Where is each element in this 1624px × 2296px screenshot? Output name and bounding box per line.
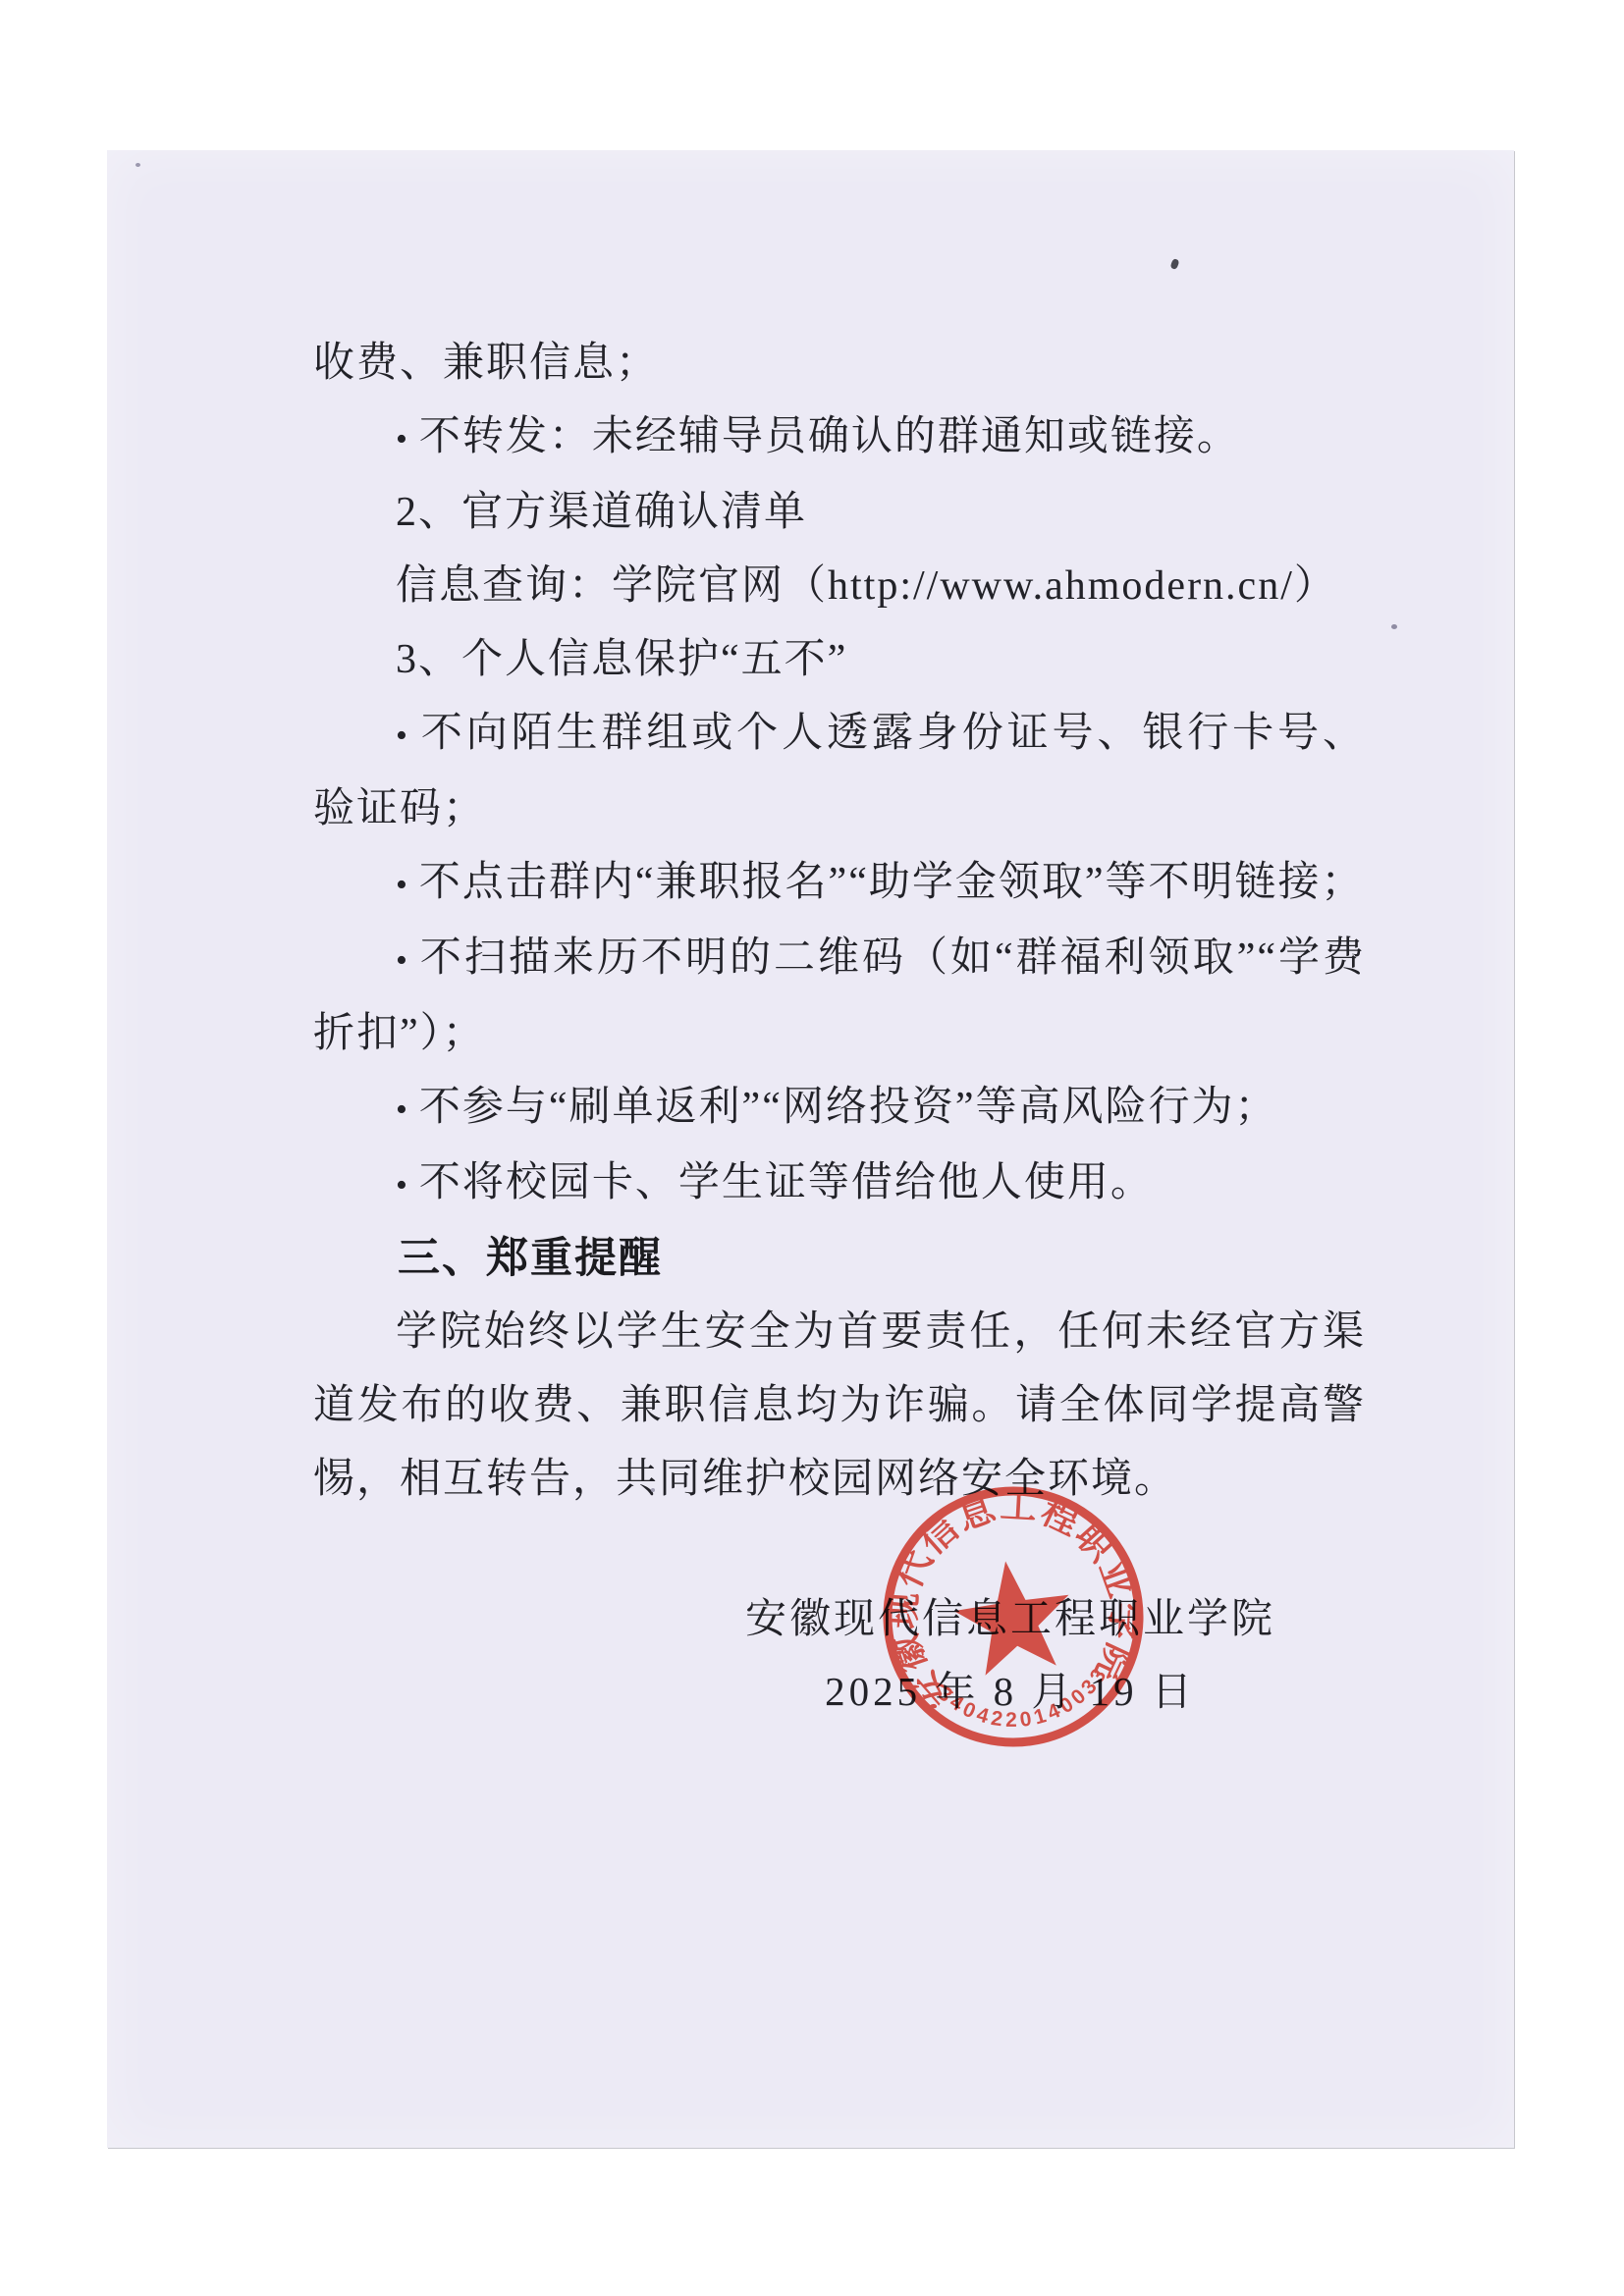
bullet-icon: • [396, 867, 409, 903]
scanned-paper: 收费、兼职信息； •不转发：未经辅导员确认的群通知或链接。 2、官方渠道确认清单… [107, 150, 1514, 2148]
heading-text: 三、郑重提醒 [398, 1234, 663, 1283]
date-line: 2025 年 8 月 19 日 [667, 1656, 1354, 1728]
paragraph-text: 不将校园卡、学生证等借给他人使用。 [419, 1160, 1154, 1205]
paragraph: 3、个人信息保护“五不” [313, 623, 1366, 697]
paragraph: •不扫描来历不明的二维码（如“群福利领取”“学费折扣”）； [313, 922, 1366, 1071]
paragraph-text: 不点击群内“兼职报名”“助学金领取”等不明链接； [419, 860, 1365, 905]
bullet-icon: • [396, 1167, 409, 1203]
paragraph-text: 2、官方渠道确认清单 [396, 490, 807, 535]
page-background: 收费、兼职信息； •不转发：未经辅导员确认的群通知或链接。 2、官方渠道确认清单… [0, 0, 1624, 2296]
paragraph-text: 学院始终以学生安全为首要责任，任何未经官方渠道发布的收费、兼职信息均为诈骗。请全… [313, 1309, 1366, 1502]
paragraph: •不向陌生群组或个人透露身份证号、银行卡号、验证码； [313, 697, 1366, 846]
dust-speck [135, 163, 140, 167]
bullet-icon: • [396, 942, 409, 979]
document-body: 收费、兼职信息； •不转发：未经辅导员确认的群通知或链接。 2、官方渠道确认清单… [313, 327, 1366, 1517]
paragraph-text: 不转发：未经辅导员确认的群通知或链接。 [419, 414, 1240, 459]
paragraph: 学院始终以学生安全为首要责任，任何未经官方渠道发布的收费、兼职信息均为诈骗。请全… [313, 1296, 1366, 1517]
dust-speck [1391, 624, 1397, 629]
signature-block: 安徽现代信息工程职业学院 2025 年 8 月 19 日 [667, 1584, 1354, 1728]
paragraph-text: 信息查询：学院官网（http://www.ahmodern.cn/） [396, 563, 1337, 609]
bullet-icon: • [396, 1092, 409, 1128]
paragraph-text: 收费、兼职信息； [313, 341, 659, 386]
org-signature: 安徽现代信息工程职业学院 [667, 1584, 1354, 1656]
bullet-icon: • [396, 718, 409, 754]
section-heading: 三、郑重提醒 [313, 1222, 1366, 1296]
paragraph: •不将校园卡、学生证等借给他人使用。 [313, 1147, 1366, 1222]
bullet-icon: • [396, 421, 409, 457]
paragraph: 收费、兼职信息； [313, 327, 1366, 400]
paragraph: •不参与“刷单返利”“网络投资”等高风险行为； [313, 1071, 1366, 1147]
paragraph-text: 不扫描来历不明的二维码（如“群福利领取”“学费折扣”）； [313, 935, 1366, 1056]
paragraph: •不点击群内“兼职报名”“助学金领取”等不明链接； [313, 846, 1366, 922]
paragraph-text: 不向陌生群组或个人透露身份证号、银行卡号、验证码； [313, 711, 1366, 831]
paragraph: 信息查询：学院官网（http://www.ahmodern.cn/） [313, 550, 1366, 623]
dust-speck [651, 1488, 655, 1492]
paragraph: 2、官方渠道确认清单 [313, 476, 1366, 550]
paragraph-text: 不参与“刷单返利”“网络投资”等高风险行为； [419, 1085, 1278, 1130]
paragraph-text: 3、个人信息保护“五不” [396, 637, 847, 682]
paragraph: •不转发：未经辅导员确认的群通知或链接。 [313, 400, 1366, 476]
